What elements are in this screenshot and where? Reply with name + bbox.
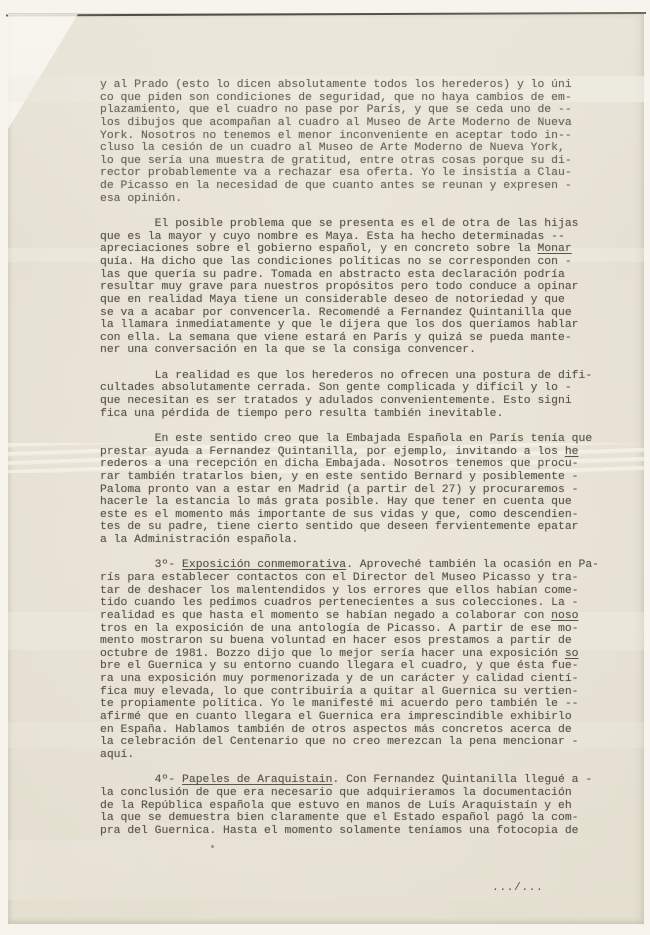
text-line: que es la mayor y cuyo nombre es Maya. E…: [100, 231, 599, 244]
text-line: apreciaciones sobre el gobierno español,…: [100, 243, 599, 256]
text-line: y al Prado (esto lo dicen absolutamente …: [100, 79, 599, 92]
text-line: bre el Guernica y su entorno cuando lleg…: [100, 660, 599, 673]
paragraph: En este sentido creo que la Embajada Esp…: [100, 433, 599, 547]
text-line: octubre de 1981. Bozzo dijo que lo mejor…: [100, 648, 599, 661]
text-line: la que se demuestra bien claramente que …: [100, 812, 599, 825]
text-line: pra del Guernica. Hasta el momento solam…: [100, 825, 599, 838]
text-line: de Picasso en la necesidad de que cuanto…: [100, 180, 599, 193]
underlined-text: Papeles de Araquistain: [182, 774, 332, 786]
text-line: prestar ayuda a Fernandez Quintanilla, p…: [100, 446, 599, 459]
text-line: esa opinión.: [100, 193, 599, 206]
text-line: ner una conversación en la que se la con…: [100, 344, 599, 357]
underlined-text: noso: [551, 610, 578, 622]
text-line: los dibujos que acompañan al cuadro al M…: [100, 117, 599, 130]
text-line: tar de deshacer los malentendidos y los …: [100, 585, 599, 598]
text-line: tes de su padre, tiene cierto sentido qu…: [100, 521, 599, 534]
text-line: 4º- Papeles de Araquistain. Con Fernande…: [100, 774, 599, 787]
text-line: fica muy elevada, lo que contribuiría a …: [100, 686, 599, 699]
text-line: Paloma pronto van a estar en Madrid (a p…: [100, 484, 599, 497]
text-line: te propiamente política. Yo le manifesté…: [100, 698, 599, 711]
text-line: lo que sería una muestra de gratitud, en…: [100, 155, 599, 168]
text-line: fica una pérdida de tiempo pero resulta …: [100, 408, 599, 421]
underlined-text: Exposición conmemorativa: [182, 559, 346, 571]
text-line: la conclusión de que era necesario que a…: [100, 787, 599, 800]
text-line: que necesitan es ser tratados y adulados…: [100, 395, 599, 408]
paragraph: 3º- Exposición conmemorativa. Aproveché …: [100, 559, 599, 761]
text-line: que en realidad Maya tiene un considerab…: [100, 294, 599, 307]
text-line: cluso la cesión de un cuadro al Museo de…: [100, 142, 599, 155]
paragraph: El posible problema que se presenta es e…: [100, 218, 599, 357]
text-line: mento mostraron su buena voluntad en hac…: [100, 635, 599, 648]
text-line: rederos a una recepción en dicha Embajad…: [100, 458, 599, 471]
text-line: resultar muy grave para nuestros propósi…: [100, 281, 599, 294]
text-line: se va a acabar por convencerla. Recomend…: [100, 307, 599, 320]
text-line: realidad es que hasta el momento se habí…: [100, 610, 599, 623]
text-line: ra una exposición muy pormenorizada y de…: [100, 673, 599, 686]
text-line: York. Nosotros no tenemos el menor incon…: [100, 130, 599, 143]
typewritten-text: y al Prado (esto lo dicen absolutamente …: [100, 79, 599, 837]
underlined-text: he: [565, 446, 579, 458]
text-line: este es el momento más importante de sus…: [100, 509, 599, 522]
text-line: co que piden son condiciones de segurida…: [100, 92, 599, 105]
text-line: en España. Hablamos también de otros asp…: [100, 724, 599, 737]
scanned-document-view: y al Prado (esto lo dicen absolutamente …: [0, 0, 650, 935]
paragraph: 4º- Papeles de Araquistain. Con Fernande…: [100, 774, 599, 837]
text-line: la llamara inmediatamente y que le dijer…: [100, 319, 599, 332]
text-line: con ella. La semana que viene estará en …: [100, 332, 599, 345]
text-line: rar también tratarlos bien, y en este se…: [100, 471, 599, 484]
text-line: rector probablemente va a rechazar esa o…: [100, 167, 599, 180]
text-line: de la República española que estuvo en m…: [100, 800, 599, 813]
text-line: rís para establecer contactos con el Dir…: [100, 572, 599, 585]
text-line: las que quería su padre. Tomada en abstr…: [100, 269, 599, 282]
paragraph: La realidad es que los herederos no ofre…: [100, 370, 599, 421]
underlined-text: so: [565, 648, 579, 660]
text-line: cultades absolutamente cerrada. Son gent…: [100, 382, 599, 395]
text-line: La realidad es que los herederos no ofre…: [100, 370, 599, 383]
underlined-text: Monar: [537, 243, 571, 255]
text-line: a la Administración española.: [100, 534, 599, 547]
text-line: 3º- Exposición conmemorativa. Aproveché …: [100, 559, 599, 572]
continuation-mark: .../...: [492, 882, 543, 894]
ink-speck: [211, 845, 214, 848]
text-line: la celebración del Centenario que no cre…: [100, 736, 599, 749]
text-line: afirmé que en cuanto llegara el Guernica…: [100, 711, 599, 724]
text-line: tido cuando les pedimos cuadros pertenec…: [100, 597, 599, 610]
text-line: En este sentido creo que la Embajada Esp…: [100, 433, 599, 446]
text-line: plazamiento, que el cuadro no pase por P…: [100, 104, 599, 117]
text-line: aquí.: [100, 749, 599, 762]
text-line: hacerle la estancia lo más grata posible…: [100, 496, 599, 509]
text-line: quía. Ha dicho que las condiciones polít…: [100, 256, 599, 269]
text-line: El posible problema que se presenta es e…: [100, 218, 599, 231]
text-line: tros en la exposición de una antología d…: [100, 623, 599, 636]
paragraph: y al Prado (esto lo dicen absolutamente …: [100, 79, 599, 205]
